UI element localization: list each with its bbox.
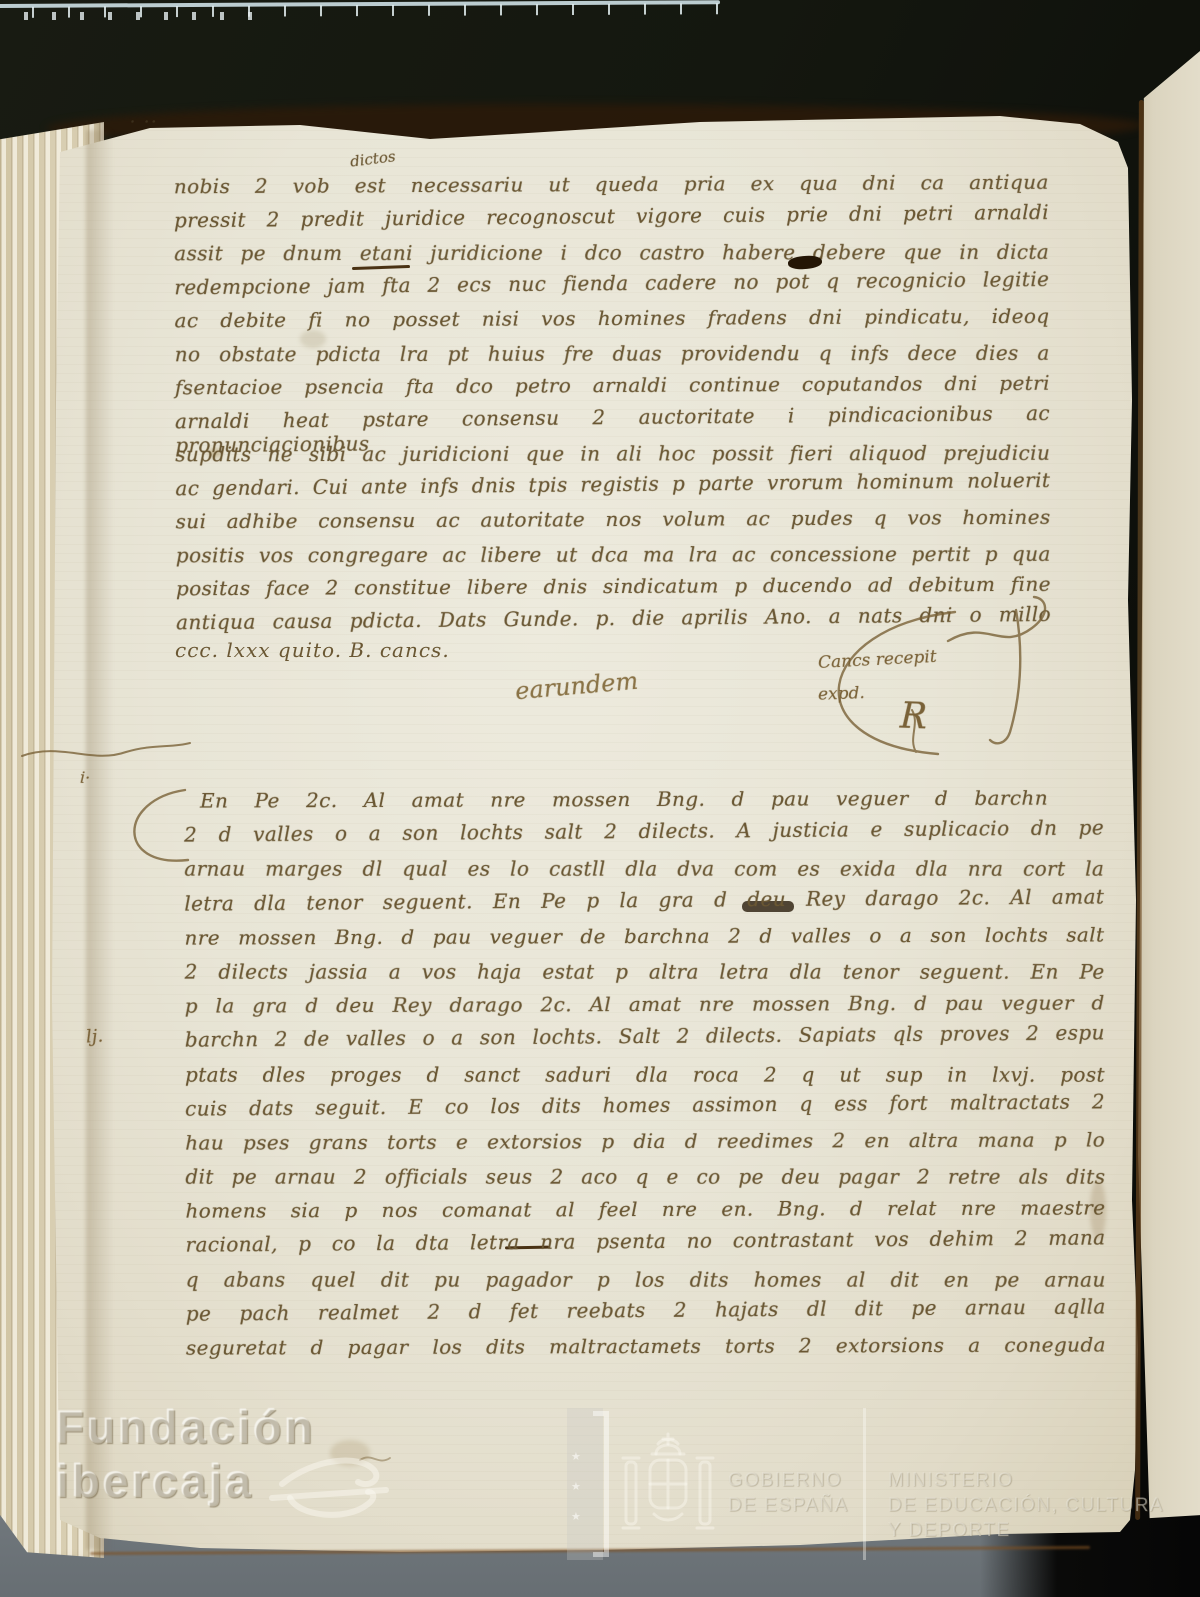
manuscript-line: cuis dats seguit. E co los dits homes as… [185,1089,1105,1130]
watermark-funder-line2: ibercaja [56,1458,254,1504]
manuscript-line: letra dla tenor seguent. En Pe p la gra … [184,884,1104,925]
watermark-ministry: MINISTERIO DE EDUCACIÓN, CULTURA Y DEPOR… [888,1468,1164,1543]
bottom-squiggle [22,743,190,756]
opening-paraph [134,790,188,861]
ibercaja-logo-icon [268,1448,403,1528]
manuscript-line: 2 d valles o a son lochts salt 2 dilects… [184,816,1104,857]
star-icon: ★ [571,1512,581,1523]
manuscript-line: 2 dilects jassia a vos haja estat p altr… [185,960,1105,994]
text-block-catalan: En Pe 2c. Al amat nre mossen Bng. d pau … [184,785,1106,1369]
manuscript-line: hau pses grans torts e extorsios p dia d… [185,1127,1105,1164]
manuscript-line: barchn 2 de valles o a son lochts. Salt … [185,1021,1105,1062]
ministry-line3: Y DEPORTE [888,1518,1164,1543]
watermark-government: GOBIERNO DE ESPAÑA [728,1468,849,1518]
paraph-tail [912,710,916,752]
coat-of-arms-icon [618,1432,718,1557]
manuscript-line: seguretat d pagar los dits maltractamets… [186,1332,1106,1369]
manuscript-line: dit pe arnau 2 officials seus 2 aco q e … [185,1165,1105,1199]
star-icon: ★ [571,1452,581,1463]
star-icon: ★ [571,1482,581,1493]
government-line1: GOBIERNO [728,1468,849,1493]
ministry-line1: MINISTERIO [888,1468,1164,1493]
manuscript-scan-photo: dictos nobis 2 vob est necessariu ut que… [0,0,1200,1597]
bracket-curve [839,612,955,754]
manuscript-line: nre mossen Bng. d pau veguer de barchna … [184,922,1104,959]
government-line2: DE ESPAÑA [728,1493,849,1518]
manuscript-line: pe pach realmet 2 d fet reebats 2 hajats… [186,1294,1106,1335]
manuscript-line: racional, p co la dta letra nra psenta n… [185,1226,1105,1267]
ministry-line2: DE EDUCACIÓN, CULTURA [888,1493,1164,1518]
flourish-swash [948,597,1045,641]
flag-bracket-shape [593,1411,609,1557]
watermark-funder-line1: Fundación [56,1404,316,1450]
watermark-divider [863,1408,866,1560]
